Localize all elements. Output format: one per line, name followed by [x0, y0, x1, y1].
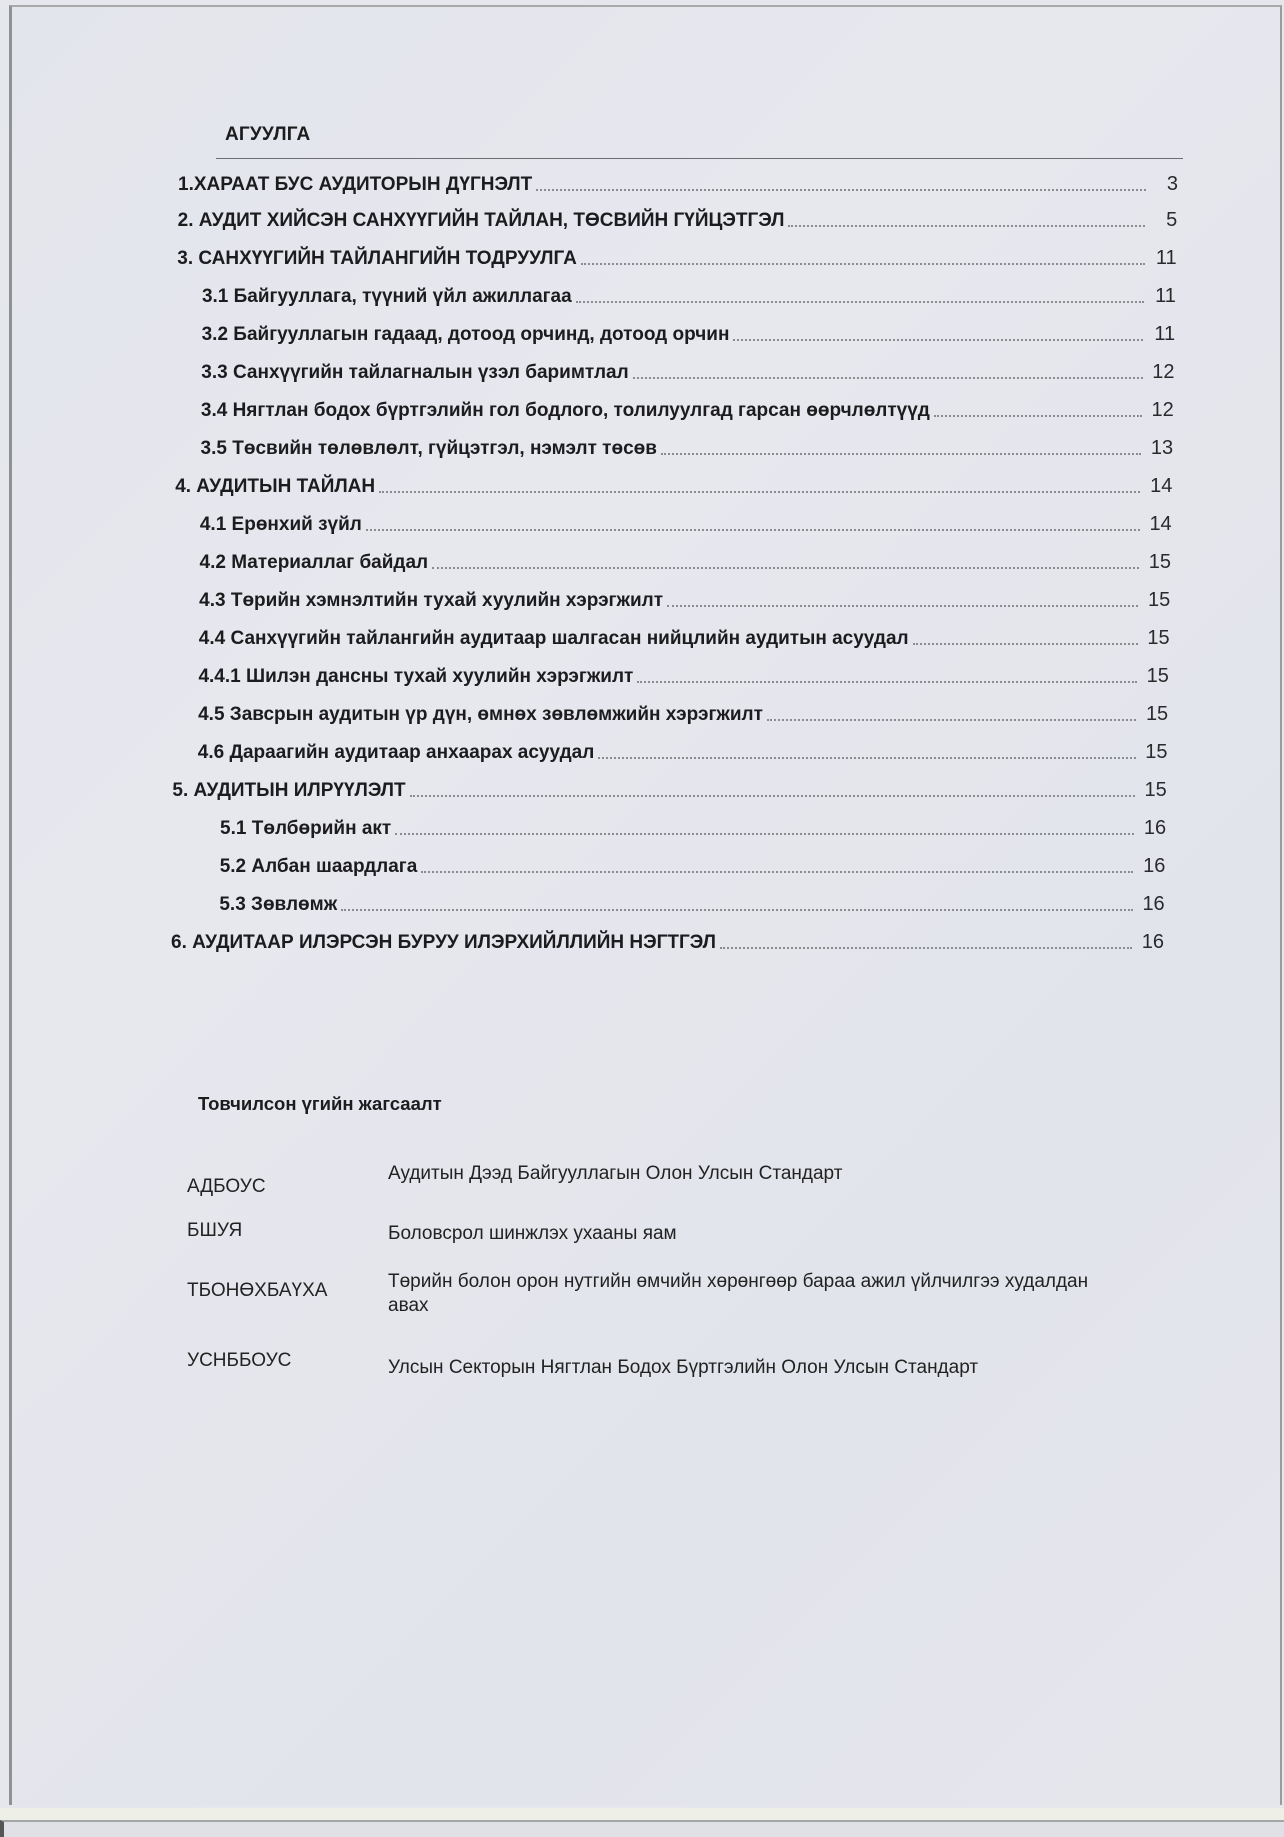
- toc-page-number: 15: [1141, 779, 1167, 802]
- toc-entry[interactable]: 4.5 Завсрын аудитын үр дүн, өмнөх зөвлөм…: [198, 700, 1168, 726]
- toc-entry[interactable]: 4.1 Ерөнхий зүйл14: [200, 510, 1172, 536]
- toc-entry-label: 5.2 Албан шаардлага: [220, 856, 418, 878]
- toc-entry-label: 4.3 Төрийн хэмнэлтийн тухай хуулийн хэрэ…: [199, 590, 663, 612]
- toc-page-number: 14: [1146, 475, 1172, 498]
- toc-entry-label: 4.1 Ерөнхий зүйл: [200, 514, 362, 536]
- toc-leader-dots: [576, 301, 1144, 303]
- toc-page-number: 12: [1149, 361, 1175, 384]
- toc-entry-label: 2. АУДИТ ХИЙСЭН САНХҮҮГИЙН ТАЙЛАН, ТӨСВИ…: [178, 210, 785, 232]
- abbreviation-definition: Аудитын Дээд Байгууллагын Олон Улсын Ста…: [388, 1162, 1108, 1186]
- toc-entry[interactable]: 3.5 Төсвийн төлөвлөлт, гүйцэтгэл, нэмэлт…: [201, 434, 1174, 460]
- toc-page-number: 15: [1142, 703, 1168, 726]
- toc-leader-dots: [934, 415, 1142, 417]
- abbreviation-definition: Улсын Секторын Нягтлан Бодох Бүртгэлийн …: [388, 1356, 1108, 1380]
- toc-page-number: 12: [1148, 399, 1174, 422]
- abbreviation-definition: Төрийн болон орон нутгийн өмчийн хөрөнгө…: [388, 1270, 1108, 1318]
- toc-leader-dots: [421, 871, 1133, 873]
- toc-entry-label: 1.ХАРААТ БУС АУДИТОРЫН ДҮГНЭЛТ: [178, 174, 532, 196]
- toc-leader-dots: [366, 529, 1140, 531]
- toc-entry-label: 5.1 Төлбөрийн акт: [220, 818, 391, 840]
- toc-page-number: 14: [1146, 513, 1172, 536]
- abbreviation-definition: Боловсрол шинжлэх ухааны яам: [388, 1222, 1108, 1246]
- toc-page-number: 16: [1140, 817, 1166, 840]
- toc-entry[interactable]: 5.3 Зөвлөмж16: [219, 890, 1164, 916]
- toc-entry-label: 4.4.1 Шилэн дансны тухай хуулийн хэрэгжи…: [198, 666, 633, 688]
- toc-entry-label: 4.5 Завсрын аудитын үр дүн, өмнөх зөвлөм…: [198, 704, 763, 726]
- toc-page-number: 15: [1144, 589, 1170, 612]
- page-gap: [0, 1808, 1284, 1820]
- toc-entry[interactable]: 4. АУДИТЫН ТАЙЛАН14: [175, 472, 1172, 498]
- toc-entry[interactable]: 2. АУДИТ ХИЙСЭН САНХҮҮГИЙН ТАЙЛАН, ТӨСВИ…: [178, 206, 1178, 232]
- toc-leader-dots: [395, 833, 1134, 835]
- toc-entry-label: 5. АУДИТЫН ИЛРҮҮЛЭЛТ: [172, 780, 405, 802]
- abbreviations-title: Товчилсон үгийн жагсаалт: [198, 1093, 442, 1115]
- toc-entry[interactable]: 5. АУДИТЫН ИЛРҮҮЛЭЛТ15: [172, 776, 1166, 802]
- toc-page-number: 11: [1149, 323, 1175, 346]
- toc-leader-dots: [341, 909, 1133, 911]
- toc-page-number: 15: [1144, 627, 1170, 650]
- toc-entry[interactable]: 4.3 Төрийн хэмнэлтийн тухай хуулийн хэрэ…: [199, 586, 1170, 612]
- toc-leader-dots: [767, 719, 1136, 721]
- toc-leader-dots: [379, 491, 1140, 493]
- abbreviation-term: БШУЯ: [187, 1220, 242, 1242]
- toc-entry-label: 6. АУДИТААР ИЛЭРСЭН БУРУУ ИЛЭРХИЙЛЛИЙН Н…: [171, 932, 716, 954]
- toc-entry[interactable]: 1.ХАРААТ БУС АУДИТОРЫН ДҮГНЭЛТ3: [178, 170, 1178, 196]
- toc-entry[interactable]: 3.4 Нягтлан бодох бүртгэлийн гол бодлого…: [201, 396, 1174, 422]
- toc-page-number: 15: [1143, 665, 1169, 688]
- toc-entry[interactable]: 4.4.1 Шилэн дансны тухай хуулийн хэрэгжи…: [198, 662, 1168, 688]
- toc-page-number: 11: [1150, 285, 1176, 308]
- toc-entry[interactable]: 3.3 Санхүүгийн тайлагналын үзэл баримтла…: [201, 358, 1174, 384]
- toc-leader-dots: [661, 453, 1141, 455]
- toc-page-number: 16: [1139, 893, 1165, 916]
- toc-entry-label: 3.5 Төсвийн төлөвлөлт, гүйцэтгэл, нэмэлт…: [201, 438, 657, 460]
- toc-entry-label: 4.6 Дараагийн аудитаар анхаарах асуудал: [198, 742, 595, 764]
- toc-leader-dots: [432, 567, 1139, 569]
- toc-leader-dots: [667, 605, 1138, 607]
- toc-entry-label: 3.1 Байгууллага, түүний үйл ажиллагаа: [202, 286, 572, 308]
- toc-entry[interactable]: 5.1 Төлбөрийн акт16: [220, 814, 1166, 840]
- toc-entry[interactable]: 4.2 Материаллаг байдал15: [200, 548, 1172, 574]
- toc-entry-label: 5.3 Зөвлөмж: [219, 894, 337, 916]
- toc-entry-label: 3.2 Байгууллагын гадаад, дотоод орчинд, …: [202, 324, 730, 346]
- next-page-edge: [0, 1820, 1284, 1837]
- toc-page-number: 5: [1151, 209, 1177, 232]
- toc-leader-dots: [637, 681, 1137, 683]
- toc-entry-label: 3.3 Санхүүгийн тайлагналын үзэл баримтла…: [201, 362, 628, 384]
- toc-page-number: 15: [1142, 741, 1168, 764]
- abbreviation-term: ТБОНӨХБАҮХА: [187, 1280, 327, 1302]
- toc-leader-dots: [720, 947, 1132, 949]
- toc-entry-label: 3. САНХҮҮГИЙН ТАЙЛАНГИЙН ТОДРУУЛГА: [177, 248, 577, 270]
- toc-entry[interactable]: 4.4 Санхүүгийн тайлангийн аудитаар шалга…: [199, 624, 1170, 650]
- toc-leader-dots: [788, 225, 1145, 227]
- toc-leader-dots: [410, 795, 1135, 797]
- abbreviation-term: АДБОУС: [187, 1176, 266, 1198]
- toc-page-number: 16: [1138, 931, 1164, 954]
- toc-leader-dots: [598, 757, 1135, 759]
- toc-leader-dots: [536, 189, 1146, 191]
- toc-entry-label: 4. АУДИТЫН ТАЙЛАН: [175, 476, 375, 498]
- toc-divider: [216, 158, 1183, 159]
- toc-leader-dots: [913, 643, 1138, 645]
- toc-entry-label: 4.2 Материаллаг байдал: [200, 552, 429, 574]
- toc-leader-dots: [581, 263, 1145, 265]
- toc-entry[interactable]: 3.2 Байгууллагын гадаад, дотоод орчинд, …: [202, 320, 1176, 346]
- toc-entry-label: 4.4 Санхүүгийн тайлангийн аудитаар шалга…: [199, 628, 909, 650]
- toc-page-number: 13: [1147, 437, 1173, 460]
- toc-page-number: 11: [1151, 247, 1177, 270]
- toc-leader-dots: [633, 377, 1143, 379]
- toc-entry[interactable]: 3. САНХҮҮГИЙН ТАЙЛАНГИЙН ТОДРУУЛГА11: [177, 244, 1176, 270]
- toc-entry[interactable]: 5.2 Албан шаардлага16: [220, 852, 1166, 878]
- toc-entry[interactable]: 6. АУДИТААР ИЛЭРСЭН БУРУУ ИЛЭРХИЙЛЛИЙН Н…: [171, 928, 1164, 954]
- toc-entry[interactable]: 3.1 Байгууллага, түүний үйл ажиллагаа11: [202, 282, 1176, 308]
- toc-page-number: 16: [1139, 855, 1165, 878]
- toc-entry[interactable]: 4.6 Дараагийн аудитаар анхаарах асуудал1…: [198, 738, 1168, 764]
- toc-leader-dots: [733, 339, 1143, 341]
- abbreviation-term: УСНББОУС: [187, 1350, 291, 1372]
- toc-title: АГУУЛГА: [225, 124, 310, 146]
- toc-entry-label: 3.4 Нягтлан бодох бүртгэлийн гол бодлого…: [201, 400, 930, 422]
- toc-page-number: 3: [1152, 173, 1178, 196]
- toc-page-number: 15: [1145, 551, 1171, 574]
